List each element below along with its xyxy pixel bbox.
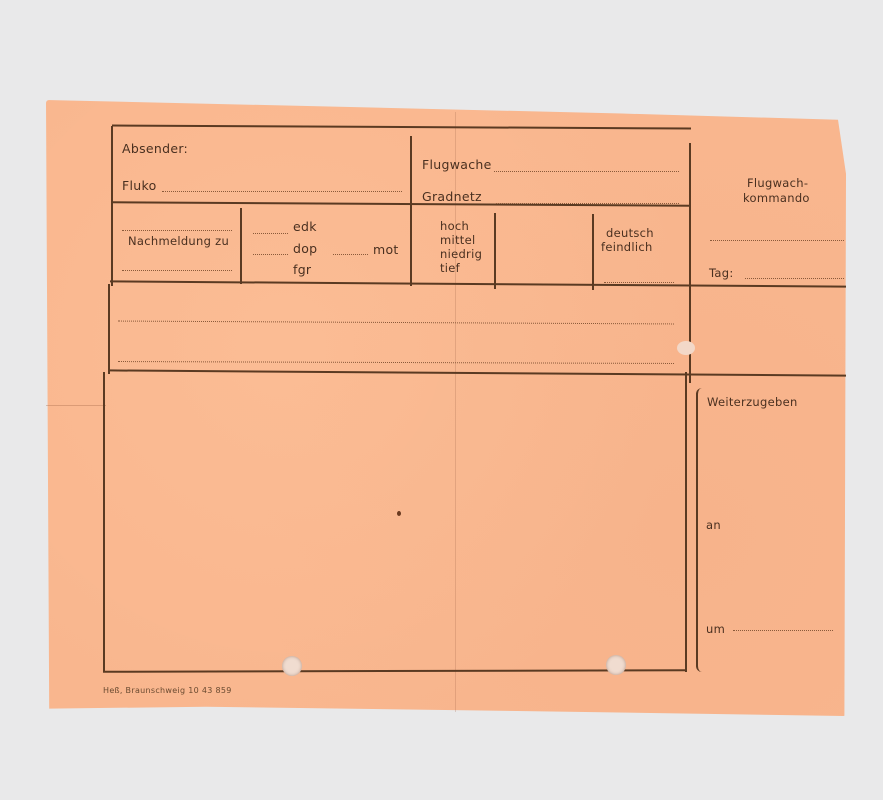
tag-field[interactable] — [745, 278, 844, 279]
um-field[interactable] — [733, 630, 833, 631]
absender-label: Absender: — [122, 141, 188, 156]
nationality-feindlich: feindlich — [601, 240, 653, 254]
printer-imprint: Heß, Braunschweig 10 43 859 — [103, 686, 232, 695]
altitude-divider — [494, 213, 496, 289]
um-label: um — [706, 622, 725, 636]
nachmeldung-label: Nachmeldung zu — [128, 234, 229, 248]
flugwachkommando-label-2: kommando — [743, 191, 810, 205]
weiterzugeben-brace — [696, 388, 704, 672]
weiterzugeben-label: Weiterzugeben — [707, 395, 798, 409]
ink-speck — [397, 511, 401, 516]
nationality-divider — [592, 214, 594, 290]
frame-left-line — [111, 126, 113, 286]
gradnetz-label: Gradnetz — [422, 189, 482, 204]
flugwache-field[interactable] — [494, 171, 679, 172]
kommando-field[interactable] — [710, 240, 844, 241]
edk-label: edk — [293, 219, 317, 234]
nachmeldung-field-bottom[interactable] — [122, 270, 232, 271]
gradnetz-field[interactable] — [496, 203, 679, 204]
altitude-mittel: mittel — [440, 233, 476, 247]
flugwache-label: Flugwache — [422, 157, 492, 172]
absender-divider — [410, 136, 412, 286]
an-label: an — [706, 518, 721, 532]
fold-crease-horizontal — [46, 405, 106, 406]
flugwachkommando-label-1: Flugwach- — [747, 176, 808, 190]
dop-label: dop — [293, 241, 317, 256]
nachmeldung-divider — [240, 208, 242, 284]
nachmeldung-field-top[interactable] — [122, 230, 232, 231]
altitude-niedrig: niedrig — [440, 247, 482, 261]
edk-field[interactable] — [253, 233, 288, 234]
paper-damage — [677, 341, 695, 355]
fluko-field[interactable] — [162, 191, 402, 192]
fgr-label: fgr — [293, 262, 311, 277]
frame-left-line-bottom — [103, 372, 105, 672]
dop-field[interactable] — [253, 254, 288, 255]
nationality-deutsch: deutsch — [606, 226, 654, 240]
mot-label: mot — [373, 242, 399, 257]
punch-hole-left — [282, 656, 302, 676]
frame-right-line-lower — [685, 372, 687, 672]
altitude-tief: tief — [440, 261, 460, 275]
punch-hole-right — [606, 655, 626, 675]
tag-label: Tag: — [709, 266, 734, 280]
altitude-hoch: hoch — [440, 219, 469, 233]
fluko-label: Fluko — [122, 178, 157, 193]
mot-field[interactable] — [333, 254, 368, 255]
frame-left-line-lower — [108, 284, 110, 374]
nationality-field[interactable] — [604, 282, 674, 283]
